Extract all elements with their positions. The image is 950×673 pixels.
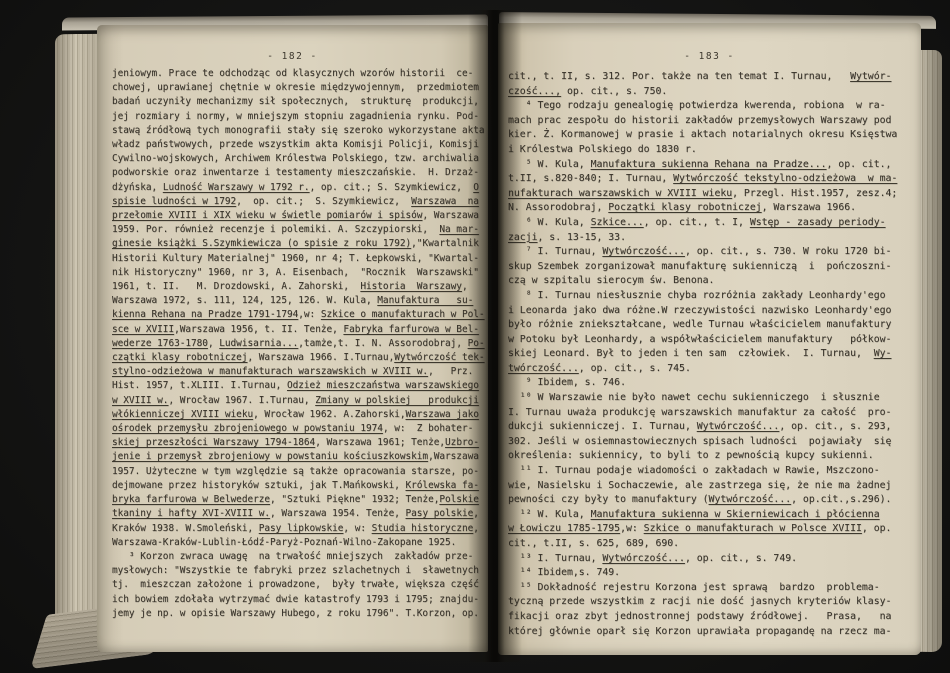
text-line: nik Historyczny" 1960, nr 3, A. Eisenbac… <box>112 266 485 280</box>
text-line: włókienniczej XVIII wieku, Wrocław 1962.… <box>112 408 485 422</box>
underlined-citation: Szkice o manufakturach w Pol- <box>321 309 485 320</box>
underlined-citation: Pasy lipkowskie <box>259 523 344 534</box>
text-line: wie, Nasielsku i Sochaczewie, ale zastrz… <box>508 479 897 494</box>
text-segment: cit., t. II, s. 312. Por. także na ten t… <box>508 71 850 82</box>
text-segment: ,Warszawa <box>428 451 479 462</box>
text-segment: ¹² W. Kula, <box>508 509 591 520</box>
text-line: ¹² W. Kula, Manufaktura sukienna w Skier… <box>508 508 897 523</box>
text-line: 1959. Por. również recenzje i polemiki. … <box>112 223 485 237</box>
text-line: stawą źródłową tych monografii stały się… <box>112 124 485 138</box>
text-line: ośrodek przemysłu zbrojeniowego w powsta… <box>112 422 485 436</box>
text-segment: badań uczyniły mechanizmy sił społecznyc… <box>112 96 479 107</box>
underlined-citation: w Łowiczu 1785-1795 <box>508 523 620 534</box>
text-segment: Warszawa 1972, s. 111, 124, 125, 126. W.… <box>112 295 377 306</box>
text-line: ich bowiem zdołała wytrzymać dwie katast… <box>112 593 485 607</box>
text-segment: nik Historyczny" 1960, nr 3, A. Eisenbac… <box>112 267 479 278</box>
text-segment: cit., t.II, s. 625, 689, 690. <box>508 538 679 549</box>
text-segment: , s. 13-15, 33. <box>538 232 626 243</box>
text-segment: władz państwowych, przede wszystkim akta… <box>112 139 479 150</box>
underlined-citation: czątki klasy robotniczej <box>112 352 247 363</box>
text-segment: , w: <box>343 523 371 534</box>
underlined-citation: stylno-odzieżowa w manufakturach warszaw… <box>112 366 428 377</box>
text-line: wederze 1763-1780, Ludwisarnia...,tamże,… <box>112 337 485 351</box>
text-line: zacji, s. 13-15, 33. <box>508 231 897 246</box>
text-segment: Kraków 1938. W.Smoleński, <box>112 523 259 534</box>
text-segment: ³ Korzon zwraca uwagę na trwałość mniejs… <box>112 551 473 562</box>
text-line: 1957. Użyteczne w tym względzie są także… <box>112 465 485 479</box>
text-segment: podworskie oraz inwentarze i testamenty … <box>112 167 479 178</box>
underlined-citation: w XVIII w. <box>112 395 168 406</box>
text-segment: pewności czy były to manufaktury ( <box>508 494 709 505</box>
underlined-citation: Wytwórczość tek- <box>394 352 484 363</box>
text-segment: I. Turnau uważa produkcję warszawskich m… <box>508 407 891 418</box>
text-line: kier. Ż. Kormanowej w prasie i aktach no… <box>508 128 897 143</box>
text-line: ⁷ I. Turnau, Wytwórczość..., op. cit., s… <box>508 245 897 260</box>
text-line: nufakturach warszawskich w XVIII wieku, … <box>508 187 897 202</box>
text-segment: dejmowane przez historyków sztuki, jak T… <box>112 480 406 491</box>
text-segment: fikacji oraz zbyt jednostronnej podstawy… <box>508 611 891 622</box>
text-line: ³ Korzon zwraca uwagę na trwałość mniejs… <box>112 550 485 564</box>
underlined-citation: Wytwórczość tekstylno-odzieżowa w ma- <box>673 173 897 184</box>
text-segment: , Warszawa 1966. <box>762 202 856 213</box>
underlined-citation: Manufaktura su- <box>377 295 473 306</box>
text-line: ⁴ Tego rodzaju genealogię potwierdza kwe… <box>508 99 897 114</box>
text-segment: , Prz. <box>428 366 473 377</box>
text-segment: 302. Jeśli w osiemnastowiecznych spisach… <box>508 436 891 447</box>
underlined-citation: przełomie XVIII i XIX wieku w świetle po… <box>112 210 422 221</box>
text-segment: mysłowych: "Wszystkie te fabryki przez s… <box>112 565 479 576</box>
text-line: 302. Jeśli w osiemnastowiecznych spisach… <box>508 435 897 450</box>
text-segment: ¹⁰ W Warszawie nie było nawet cechu suki… <box>508 392 880 403</box>
text-segment: kier. Ż. Kormanowej w prasie i aktach no… <box>508 129 897 140</box>
underlined-citation: Zmiany w polskiej produkcji <box>315 395 479 406</box>
text-segment: ⁹ Ibidem, s. 746. <box>508 377 626 388</box>
text-line: dukcji sukienniczej. I. Turnau, Wytwórcz… <box>508 420 897 435</box>
text-segment: chowej, uprawianej chętnie w okresie mię… <box>112 82 479 93</box>
text-line: tkaniny i hafty XVI-XVIII w., Warszawa 1… <box>112 507 485 521</box>
text-segment: ¹⁴ Ibidem,s. 749. <box>508 567 620 578</box>
text-segment: skup Szembek zorganizował manufakturę su… <box>508 261 891 272</box>
text-line: N. Assorodobraj, Początki klasy robotnic… <box>508 201 897 216</box>
underlined-citation: Wytwórczość... <box>709 494 792 505</box>
underlined-citation: tkaniny i hafty XVI-XVIII w. <box>112 508 270 519</box>
text-segment: 1959. Por. również recenzje i polemiki. … <box>112 224 439 235</box>
underlined-citation: Wytwórczość... <box>602 246 685 257</box>
underlined-citation: O <box>473 182 479 193</box>
text-segment: jej rozmiary i normy, w mniejszym stopni… <box>112 111 479 122</box>
right-fore-edge-page-stack <box>920 50 942 652</box>
underlined-citation: Historia Warszawy <box>360 281 462 292</box>
underlined-citation: Wy- <box>874 348 892 359</box>
text-line: cit., t. II, s. 312. Por. także na ten t… <box>508 70 897 85</box>
text-line: skup Szembek zorganizował manufakturę su… <box>508 260 897 275</box>
text-line: jemy je np. w opisie Warszawy Hubego, z … <box>112 607 485 621</box>
text-line: ginesie książki S.Szymkiewicza (o spisie… <box>112 237 485 251</box>
text-segment: ⁸ I. Turnau niesłusznie chyba rozróżnia … <box>508 290 886 301</box>
text-line: pewności czy były to manufaktury (Wytwór… <box>508 493 897 508</box>
underlined-citation: Manufaktura sukienna Rehana na Pradze... <box>591 159 827 170</box>
text-line: Warszawa-Kraków-Lublin-Łódź-Paryż-Poznań… <box>112 536 485 550</box>
underlined-citation: nufakturach warszawskich w XVIII wieku <box>508 188 732 199</box>
text-line: ¹⁵ Dokładność rejestru Korzona jest spra… <box>508 581 897 596</box>
text-segment: 1957. Użyteczne w tym względzie są także… <box>112 466 479 477</box>
underlined-citation: Odzież mieszczaństwa warszawskiego <box>287 380 479 391</box>
underlined-citation: Po- <box>468 338 485 349</box>
text-line: ¹⁴ Ibidem,s. 749. <box>508 566 897 581</box>
text-line: czą w szpitalu sierocym św. Benona. <box>508 274 897 289</box>
underlined-citation: spisie ludności w 1792 <box>112 196 236 207</box>
text-segment: określenia: sukiennicy, to byli to z pew… <box>508 450 874 461</box>
text-segment: , <box>473 523 479 534</box>
text-line: ⁸ I. Turnau niesłusznie chyba rozróżnia … <box>508 289 897 304</box>
text-segment: , op. cit., s. 745. <box>579 363 691 374</box>
text-segment: , op. <box>862 523 892 534</box>
text-segment: stawą źródłową tych monografii stały się… <box>112 125 485 136</box>
text-segment: 1961, t. II. M. Drozdowski, A. Zahorski, <box>112 281 360 292</box>
text-segment: , Warszawa <box>422 210 478 221</box>
text-segment: ⁷ I. Turnau, <box>508 246 602 257</box>
text-segment: i Leonarda jako dwa różne.W rzeczywistoś… <box>508 305 891 316</box>
text-segment: , Warszawa 1954. Tenże, <box>270 508 405 519</box>
text-line: jenie i przemysł zbrojeniowy w powstaniu… <box>112 450 485 464</box>
text-line: i Królestwa Polskiego do 1830 r. <box>508 143 897 158</box>
text-segment: , Warszawa 1961; Tenże, <box>315 437 445 448</box>
text-segment: Cywilno-wojskowych, Archiwem Królestwa P… <box>112 153 479 164</box>
underlined-citation: Ludność Warszawy w 1792 r. <box>163 182 310 193</box>
text-segment: Warszawa-Kraków-Lublin-Łódź-Paryż-Poznań… <box>112 537 456 548</box>
text-line: w XVIII w., Wrocław 1967. I.Turnau, Zmia… <box>112 394 485 408</box>
underlined-citation: jenie i przemysł zbrojeniowy w powstaniu… <box>112 451 428 462</box>
text-segment: N. Assorodobraj, <box>508 202 608 213</box>
text-line: mach prac zespołu do historii zakładów p… <box>508 114 897 129</box>
text-line: Warszawa 1972, s. 111, 124, 125, 126. W.… <box>112 294 485 308</box>
underlined-citation: Warszawa jako <box>406 409 479 420</box>
text-segment: , op. cit.; S. Szymkiewicz, <box>310 182 474 193</box>
underlined-citation: wederze 1763-1780 <box>112 338 208 349</box>
text-segment: , <box>208 338 219 349</box>
underlined-citation: Królewska fa- <box>406 480 479 491</box>
text-segment: , op.cit.,s.296). <box>791 494 891 505</box>
underlined-citation: Na mar- <box>439 224 479 235</box>
text-line: ⁶ W. Kula, Szkice..., op. cit., t. I, Ws… <box>508 216 897 231</box>
underlined-citation: Wstęp - zasady periody- <box>750 217 886 228</box>
underlined-citation: Wytwórczość... <box>697 421 780 432</box>
text-segment: , <box>462 281 468 292</box>
text-segment: , op. cit., s. 749. <box>685 553 797 564</box>
underlined-citation: Pasy polskie <box>406 508 474 519</box>
text-segment: skiej Leonard. Był to jeden i ten sam cz… <box>508 348 874 359</box>
underlined-citation: Wytwórczość... <box>602 553 685 564</box>
text-line: Cywilno-wojskowych, Archiwem Królestwa P… <box>112 152 485 166</box>
text-line: t.II, s.820-840; I. Turnau, Wytwórczość … <box>508 172 897 187</box>
underlined-citation: Początki klasy robotniczej <box>608 202 761 213</box>
text-segment: , Wrocław 1967. I.Turnau, <box>168 395 315 406</box>
underlined-citation: Ludwisarnia... <box>219 338 298 349</box>
text-segment: Hist. 1957, t.XLIII. I.Turnau, <box>112 380 287 391</box>
text-line: ¹³ I. Turnau, Wytwórczość..., op. cit., … <box>508 552 897 567</box>
underlined-citation: Wytwór- <box>850 71 891 82</box>
text-segment: , op. cit.; S. Szymkiewicz, <box>236 196 411 207</box>
text-segment: , Warszawa 1966. I.Turnau, <box>247 352 394 363</box>
text-line: było różnie zniekształcane, wedle Turnau… <box>508 318 897 333</box>
text-segment: ¹⁵ Dokładność rejestru Korzona jest spra… <box>508 582 880 593</box>
text-line: cit., t.II, s. 625, 689, 690. <box>508 537 897 552</box>
text-line: w Łowiczu 1785-1795,w: Szkice o manufakt… <box>508 522 897 537</box>
underlined-citation: twórczość... <box>508 363 579 374</box>
text-segment: , Wrocław 1962. A.Zahorski, <box>253 409 405 420</box>
text-line: Kraków 1938. W.Smoleński, Pasy lipkowski… <box>112 522 485 536</box>
text-segment: w Potoku był Leonhardy, a współwłaścicie… <box>508 334 891 345</box>
text-line: ¹¹ I. Turnau podaje wiadomości o zakłada… <box>508 464 897 479</box>
text-segment: ⁴ Tego rodzaju genealogię potwierdza kwe… <box>508 100 886 111</box>
text-line: władz państwowych, przede wszystkim akta… <box>112 138 485 152</box>
text-line: przełomie XVIII i XIX wieku w świetle po… <box>112 209 485 223</box>
text-segment: ¹¹ I. Turnau podaje wiadomości o zakłada… <box>508 465 880 476</box>
text-line: czątki klasy robotniczej, Warszawa 1966.… <box>112 351 485 365</box>
text-segment: Historii Kultury Materialnej" 1960, nr 4… <box>112 253 479 264</box>
text-segment: której głównie oparł się Korzon uprawiał… <box>508 626 891 637</box>
text-segment: ⁶ W. Kula, <box>508 217 591 228</box>
text-line: I. Turnau uważa produkcję warszawskich m… <box>508 406 897 421</box>
text-segment: i Królestwa Polskiego do 1830 r. <box>508 144 697 155</box>
text-line: jej rozmiary i normy, w mniejszym stopni… <box>112 110 485 124</box>
text-line: Historii Kultury Materialnej" 1960, nr 4… <box>112 252 485 266</box>
text-line: stylno-odzieżowa w manufakturach warszaw… <box>112 365 485 379</box>
text-segment: , op. cit., s. 730. W roku 1720 bi- <box>685 246 891 257</box>
text-line: której głównie oparł się Korzon uprawiał… <box>508 625 897 640</box>
underlined-citation: kienna Rehana na Pradze 1791-1794 <box>112 309 298 320</box>
underlined-citation: Szkice o manufakturach w Polsce XVIII <box>644 523 862 534</box>
text-line: podworskie oraz inwentarze i testamenty … <box>112 166 485 180</box>
text-segment: ,w: <box>298 309 321 320</box>
text-segment: op. cit., s. 750. <box>561 86 667 97</box>
text-segment: , op. cit., s. 293, <box>779 421 891 432</box>
text-line: ⁹ Ibidem, s. 746. <box>508 376 897 391</box>
left-fore-edge-page-stack <box>55 34 101 654</box>
text-line: tyczną przede wszystkim z racji nie dość… <box>508 595 897 610</box>
underlined-citation: zacji <box>508 232 538 243</box>
left-page-number: - 182 - <box>97 51 488 62</box>
underlined-citation: Fabryka farfurowa w Bel- <box>343 324 478 335</box>
text-line: skiej przeszłości Warszawy 1794-1864, Wa… <box>112 436 485 450</box>
text-segment: ,"Kwartalnik <box>411 238 479 249</box>
text-line: mysłowych: "Wszystkie te fabryki przez s… <box>112 564 485 578</box>
text-line: ¹⁰ W Warszawie nie było nawet cechu suki… <box>508 391 897 406</box>
text-line: chowej, uprawianej chętnie w okresie mię… <box>112 81 485 95</box>
underlined-citation: Manufaktura sukienna w Skierniewicach i … <box>591 509 880 520</box>
text-line: określenia: sukiennicy, to byli to z pew… <box>508 449 897 464</box>
text-line: w Potoku był Leonhardy, a współwłaścicie… <box>508 333 897 348</box>
text-line: i Leonarda jako dwa różne.W rzeczywistoś… <box>508 304 897 319</box>
text-segment: było różnie zniekształcane, wedle Turnau… <box>508 319 891 330</box>
underlined-citation: Warszawa na <box>411 196 479 207</box>
text-segment: dukcji sukienniczej. I. Turnau, <box>508 421 697 432</box>
text-segment: ,tamże,t. I. N. Assorodobraj, <box>298 338 467 349</box>
underlined-citation: włókienniczej XVIII wieku <box>112 409 253 420</box>
text-segment: , op. cit., t. I, <box>644 217 750 228</box>
underlined-citation: Szkice... <box>591 217 644 228</box>
text-line: czość..., op. cit., s. 750. <box>508 85 897 100</box>
left-page-text: jeniowym. Prace te odchodząc od klasyczn… <box>112 67 485 621</box>
text-line: ⁵ W. Kula, Manufaktura sukienna Rehana n… <box>508 158 897 173</box>
underlined-citation: Polskie <box>439 494 479 505</box>
underlined-citation: ginesie książki S.Szymkiewicza (o spisie… <box>112 238 411 249</box>
underlined-citation: Studia historyczne <box>372 523 474 534</box>
text-segment: czą w szpitalu sierocym św. Benona. <box>508 275 714 286</box>
text-line: tj. mieszczan założone i prowadzone, był… <box>112 578 485 592</box>
text-segment: ich bowiem zdołała wytrzymać dwie katast… <box>112 594 479 605</box>
text-segment: , op. cit., <box>827 159 892 170</box>
text-segment: ,Warszawa 1956, t. II. Tenże, <box>174 324 343 335</box>
text-line: sce w XVIII,Warszawa 1956, t. II. Tenże,… <box>112 323 485 337</box>
text-segment: jemy je np. w opisie Warszawy Hubego, z … <box>112 608 479 619</box>
text-segment: ,w: <box>620 523 644 534</box>
underlined-citation: Uzbro- <box>445 437 479 448</box>
text-line: Hist. 1957, t.XLIII. I.Turnau, Odzież mi… <box>112 379 485 393</box>
right-page-text: cit., t. II, s. 312. Por. także na ten t… <box>508 70 897 639</box>
text-segment: , "Sztuki Piękne" 1932; Tenże, <box>270 494 439 505</box>
text-line: spisie ludności w 1792, op. cit.; S. Szy… <box>112 195 485 209</box>
text-segment: , Przegl. Hist.1957, zesz.4; <box>732 188 897 199</box>
text-segment: t.II, s.820-840; I. Turnau, <box>508 173 673 184</box>
text-segment: dżyńska, <box>112 182 163 193</box>
text-segment: tyczną przede wszystkim z racji nie dość… <box>508 596 891 607</box>
text-line: bryka farfurowa w Belwederze, "Sztuki Pi… <box>112 493 485 507</box>
text-segment: wie, Nasielsku i Sochaczewie, ale zastrz… <box>508 480 891 491</box>
text-line: skiej Leonard. Był to jeden i ten sam cz… <box>508 347 897 362</box>
right-page-number: - 183 - <box>498 51 921 62</box>
text-segment: mach prac zespołu do historii zakładów p… <box>508 115 891 126</box>
text-segment: , <box>473 508 479 519</box>
underlined-citation: sce w XVIII <box>112 324 174 335</box>
text-line: twórczość..., op. cit., s. 745. <box>508 362 897 377</box>
text-segment: , w: Z bohater- <box>383 423 473 434</box>
text-line: kienna Rehana na Pradze 1791-1794,w: Szk… <box>112 308 485 322</box>
underlined-citation: ośrodek przemysłu zbrojeniowego w powsta… <box>112 423 383 434</box>
text-line: dejmowane przez historyków sztuki, jak T… <box>112 479 485 493</box>
text-line: 1961, t. II. M. Drozdowski, A. Zahorski,… <box>112 280 485 294</box>
text-line: jeniowym. Prace te odchodząc od klasyczn… <box>112 67 485 81</box>
text-line: fikacji oraz zbyt jednostronnej podstawy… <box>508 610 897 625</box>
underlined-citation: czość..., <box>508 86 561 97</box>
text-segment: ¹³ I. Turnau, <box>508 553 602 564</box>
text-segment: jeniowym. Prace te odchodząc od klasyczn… <box>112 68 473 79</box>
text-segment: tj. mieszczan założone i prowadzone, był… <box>112 579 479 590</box>
underlined-citation: bryka farfurowa w Belwederze <box>112 494 270 505</box>
text-segment: ⁵ W. Kula, <box>508 159 591 170</box>
text-line: dżyńska, Ludność Warszawy w 1792 r., op.… <box>112 181 485 195</box>
underlined-citation: skiej przeszłości Warszawy 1794-1864 <box>112 437 315 448</box>
text-line: badań uczyniły mechanizmy sił społecznyc… <box>112 95 485 109</box>
